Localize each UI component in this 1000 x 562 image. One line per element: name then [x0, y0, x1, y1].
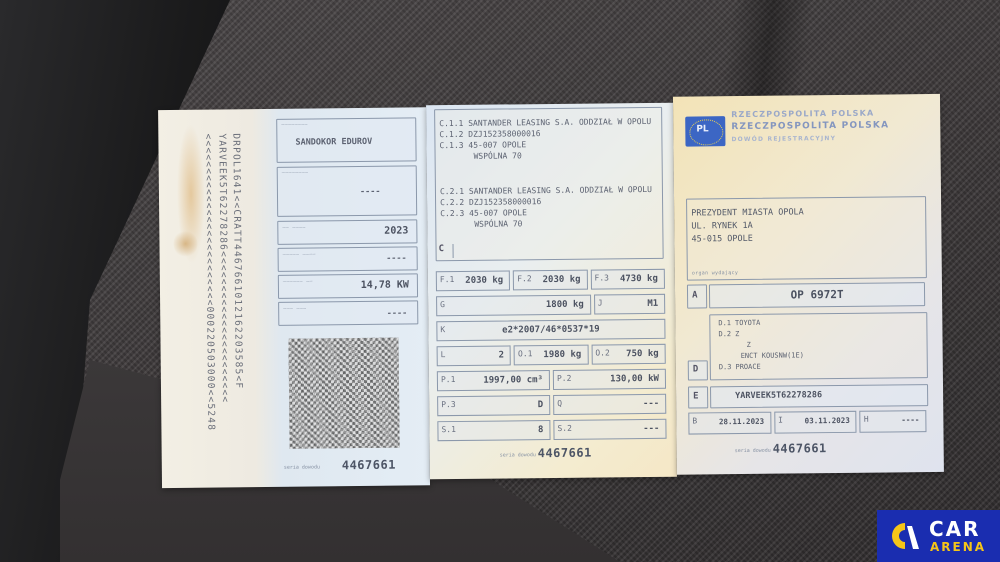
technical-cell: P.2130,00 kW	[553, 369, 666, 390]
right-panel: PL RZECZPOSPOLITA POLSKA RZECZPOSPOLITA …	[673, 94, 944, 475]
vehicle-code: D	[693, 364, 699, 374]
technical-cell: F.12030 kg	[436, 270, 511, 291]
left-panel: DRPOL1641<<CRATT4467661012162203585<F YA…	[158, 107, 430, 488]
issuer-box: PREZYDENT MIASTA OPOLA UL. RYNEK 1A 45-0…	[686, 196, 927, 281]
field-code: I	[778, 416, 783, 425]
field-value: ---	[643, 399, 659, 409]
field-code: P.1	[441, 375, 456, 384]
power-to-weight-box: —————— —— 14,78 KW	[278, 273, 418, 298]
section-c-label: C	[439, 244, 454, 258]
technical-cell: O.11980 kg	[514, 345, 589, 366]
middle-panel: C.1.1 SANTANDER LEASING S.A. ODDZIAŁ W O…	[426, 103, 677, 480]
field-value: 2030 kg	[543, 275, 581, 285]
vehicle-line: D.2Z	[718, 328, 803, 340]
field-code: L	[441, 350, 446, 359]
technical-row: P.11997,00 cm³P.2130,00 kW	[437, 369, 666, 391]
logo-text-arena: ARENA	[930, 540, 986, 554]
technical-cell: P.3D	[437, 395, 550, 416]
field-value: D	[538, 400, 544, 410]
date-cell: I03.11.2023	[774, 411, 857, 434]
car-arena-mark-icon	[889, 520, 921, 552]
field-code: P.3	[441, 400, 456, 409]
holder-name-box: ———————— SANDOKOR EDUROV	[276, 117, 416, 162]
vehicle-line: Z	[719, 339, 804, 351]
year-value: 2023	[384, 225, 408, 236]
field-value: ----	[387, 309, 408, 319]
field-value: ---	[643, 424, 659, 434]
header-line-3: DOWÓD REJESTRACYJNY	[731, 135, 836, 143]
serial-label: seria dowodu	[500, 452, 536, 458]
field-value: ----	[360, 187, 381, 197]
technical-cell: F.34730 kg	[590, 269, 665, 290]
holder-name: SANDOKOR EDUROV	[295, 137, 372, 148]
technical-cell: JM1	[594, 294, 666, 315]
mrz-line-1: DRPOL1641<<CRATT4467661012162203585<F	[230, 133, 244, 389]
mrz-line-3: <<<<<<<<<<<<<<<<<<<<<<<<<000220503000<<5…	[202, 134, 216, 432]
vehicle-box: D.1TOYOTAD.2ZZENCT KOUSNW(1E)D.3PROACE	[709, 312, 928, 380]
user-block: C.2.1 SANTANDER LEASING S.A. ODDZIAŁ W O…	[440, 184, 652, 230]
date-value: 03.11.2023	[805, 416, 850, 425]
issuer-label: organ wydający	[692, 270, 738, 276]
technical-row: G1800 kgJM1	[436, 294, 665, 316]
field-code: G	[440, 300, 445, 309]
field-code: H	[864, 415, 869, 424]
field-value: 130,00 kW	[610, 374, 659, 385]
field-value: 2	[499, 350, 505, 360]
power-to-weight: 14,78 KW	[361, 279, 409, 291]
date-value: ----	[901, 415, 919, 424]
vehicle-make-model: D.1TOYOTAD.2ZZENCT KOUSNW(1E)D.3PROACE	[718, 317, 804, 373]
field-value: 2030 kg	[465, 276, 503, 286]
vehicle-line: D.3PROACE	[719, 361, 804, 373]
field-value: 1800 kg	[546, 300, 584, 310]
field-box: ———————— ----	[277, 165, 418, 216]
technical-data-grid: F.12030 kgF.22030 kgF.34730 kgG1800 kgJM…	[426, 103, 673, 106]
field-code: F.2	[517, 274, 532, 283]
field-code: Q	[557, 399, 562, 408]
owner-box: C.1.1 SANTANDER LEASING S.A. ODDZIAŁ W O…	[434, 107, 664, 261]
date-cell: H----	[860, 410, 927, 433]
field-code: P.2	[557, 374, 572, 383]
eu-flag-icon: PL	[685, 116, 725, 146]
field-value: 4730 kg	[620, 274, 658, 284]
header-line-2: RZECZPOSPOLITA POLSKA	[731, 120, 889, 132]
vin-number: YARVEEK5T62278286	[735, 390, 822, 401]
technical-cell: G1800 kg	[436, 295, 591, 317]
field-value: 8	[538, 425, 544, 435]
field-value: e2*2007/46*0537*19	[437, 324, 664, 336]
field-value: 1980 kg	[543, 350, 581, 360]
technical-row: Ke2*2007/46*0537*19	[436, 319, 665, 341]
registration-plate: OP 6972T	[710, 287, 924, 302]
field-value: 1997,00 cm³	[483, 375, 543, 386]
header-line-1: RZECZPOSPOLITA POLSKA	[731, 109, 874, 119]
vin-code: E	[693, 391, 699, 401]
serial-number: 4467661	[773, 441, 827, 456]
field-code: O.2	[595, 348, 610, 357]
technical-cell: F.22030 kg	[513, 270, 588, 291]
technical-cell: P.11997,00 cm³	[437, 370, 550, 391]
serial-number: 4467661	[538, 446, 592, 461]
field-code: F.1	[440, 275, 455, 284]
serial-number: 4467661	[342, 458, 396, 473]
field-value: 750 kg	[626, 349, 659, 359]
field-value: M1	[647, 299, 658, 309]
field-code: O.1	[518, 349, 533, 358]
field-box: ——— ——— ----	[278, 300, 418, 325]
issuer-block: PREZYDENT MIASTA OPOLA UL. RYNEK 1A 45-0…	[691, 206, 804, 246]
date-cell: B28.11.2023	[688, 412, 771, 435]
stain	[173, 230, 197, 258]
car-arena-logo: CAR ARENA	[877, 510, 1000, 562]
technical-row: F.12030 kgF.22030 kgF.34730 kg	[436, 269, 665, 291]
field-code: S.1	[441, 425, 456, 434]
plate-code: A	[692, 290, 698, 300]
field-value: ----	[386, 254, 407, 264]
dates-row: B28.11.2023I03.11.2023H----	[688, 410, 926, 434]
plate-row: A OP 6972T	[687, 282, 925, 308]
logo-text-car: CAR	[929, 517, 981, 541]
field-box: ————— ———— ----	[278, 246, 418, 271]
technical-cell: Q---	[553, 394, 666, 415]
field-code: F.3	[594, 273, 609, 282]
vehicle-line: D.1TOYOTA	[718, 317, 803, 329]
technical-row: L2O.11980 kgO.2750 kg	[437, 344, 666, 366]
technical-cell: O.2750 kg	[591, 344, 666, 365]
mrz-line-2: YARVEEK5T62278286<<<<<<<<<<<<<<<<<<<<<<	[216, 133, 230, 403]
field-code: J	[598, 298, 603, 307]
technical-row: P.3DQ---	[437, 394, 666, 416]
field-code: S.2	[557, 424, 572, 433]
qr-code-texture	[288, 338, 399, 449]
technical-cell: L2	[437, 345, 512, 366]
year-box: —— ———— 2023	[277, 219, 417, 244]
technical-cell: S.2---	[553, 419, 666, 440]
field-code: B	[692, 416, 697, 425]
serial-label: seria dowodu	[284, 464, 320, 470]
technical-cell: S.18	[437, 420, 550, 441]
registration-certificate: DRPOL1641<<CRATT4467661012162203585<F YA…	[158, 94, 944, 488]
technical-cell: Ke2*2007/46*0537*19	[436, 319, 665, 341]
date-value: 28.11.2023	[719, 417, 764, 426]
vehicle-line: ENCT KOUSNW(1E)	[719, 350, 804, 362]
technical-row: S.18S.2---	[437, 419, 666, 441]
owner-block: C.1.1 SANTANDER LEASING S.A. ODDZIAŁ W O…	[439, 116, 651, 162]
serial-label: seria dowodu	[735, 448, 771, 454]
